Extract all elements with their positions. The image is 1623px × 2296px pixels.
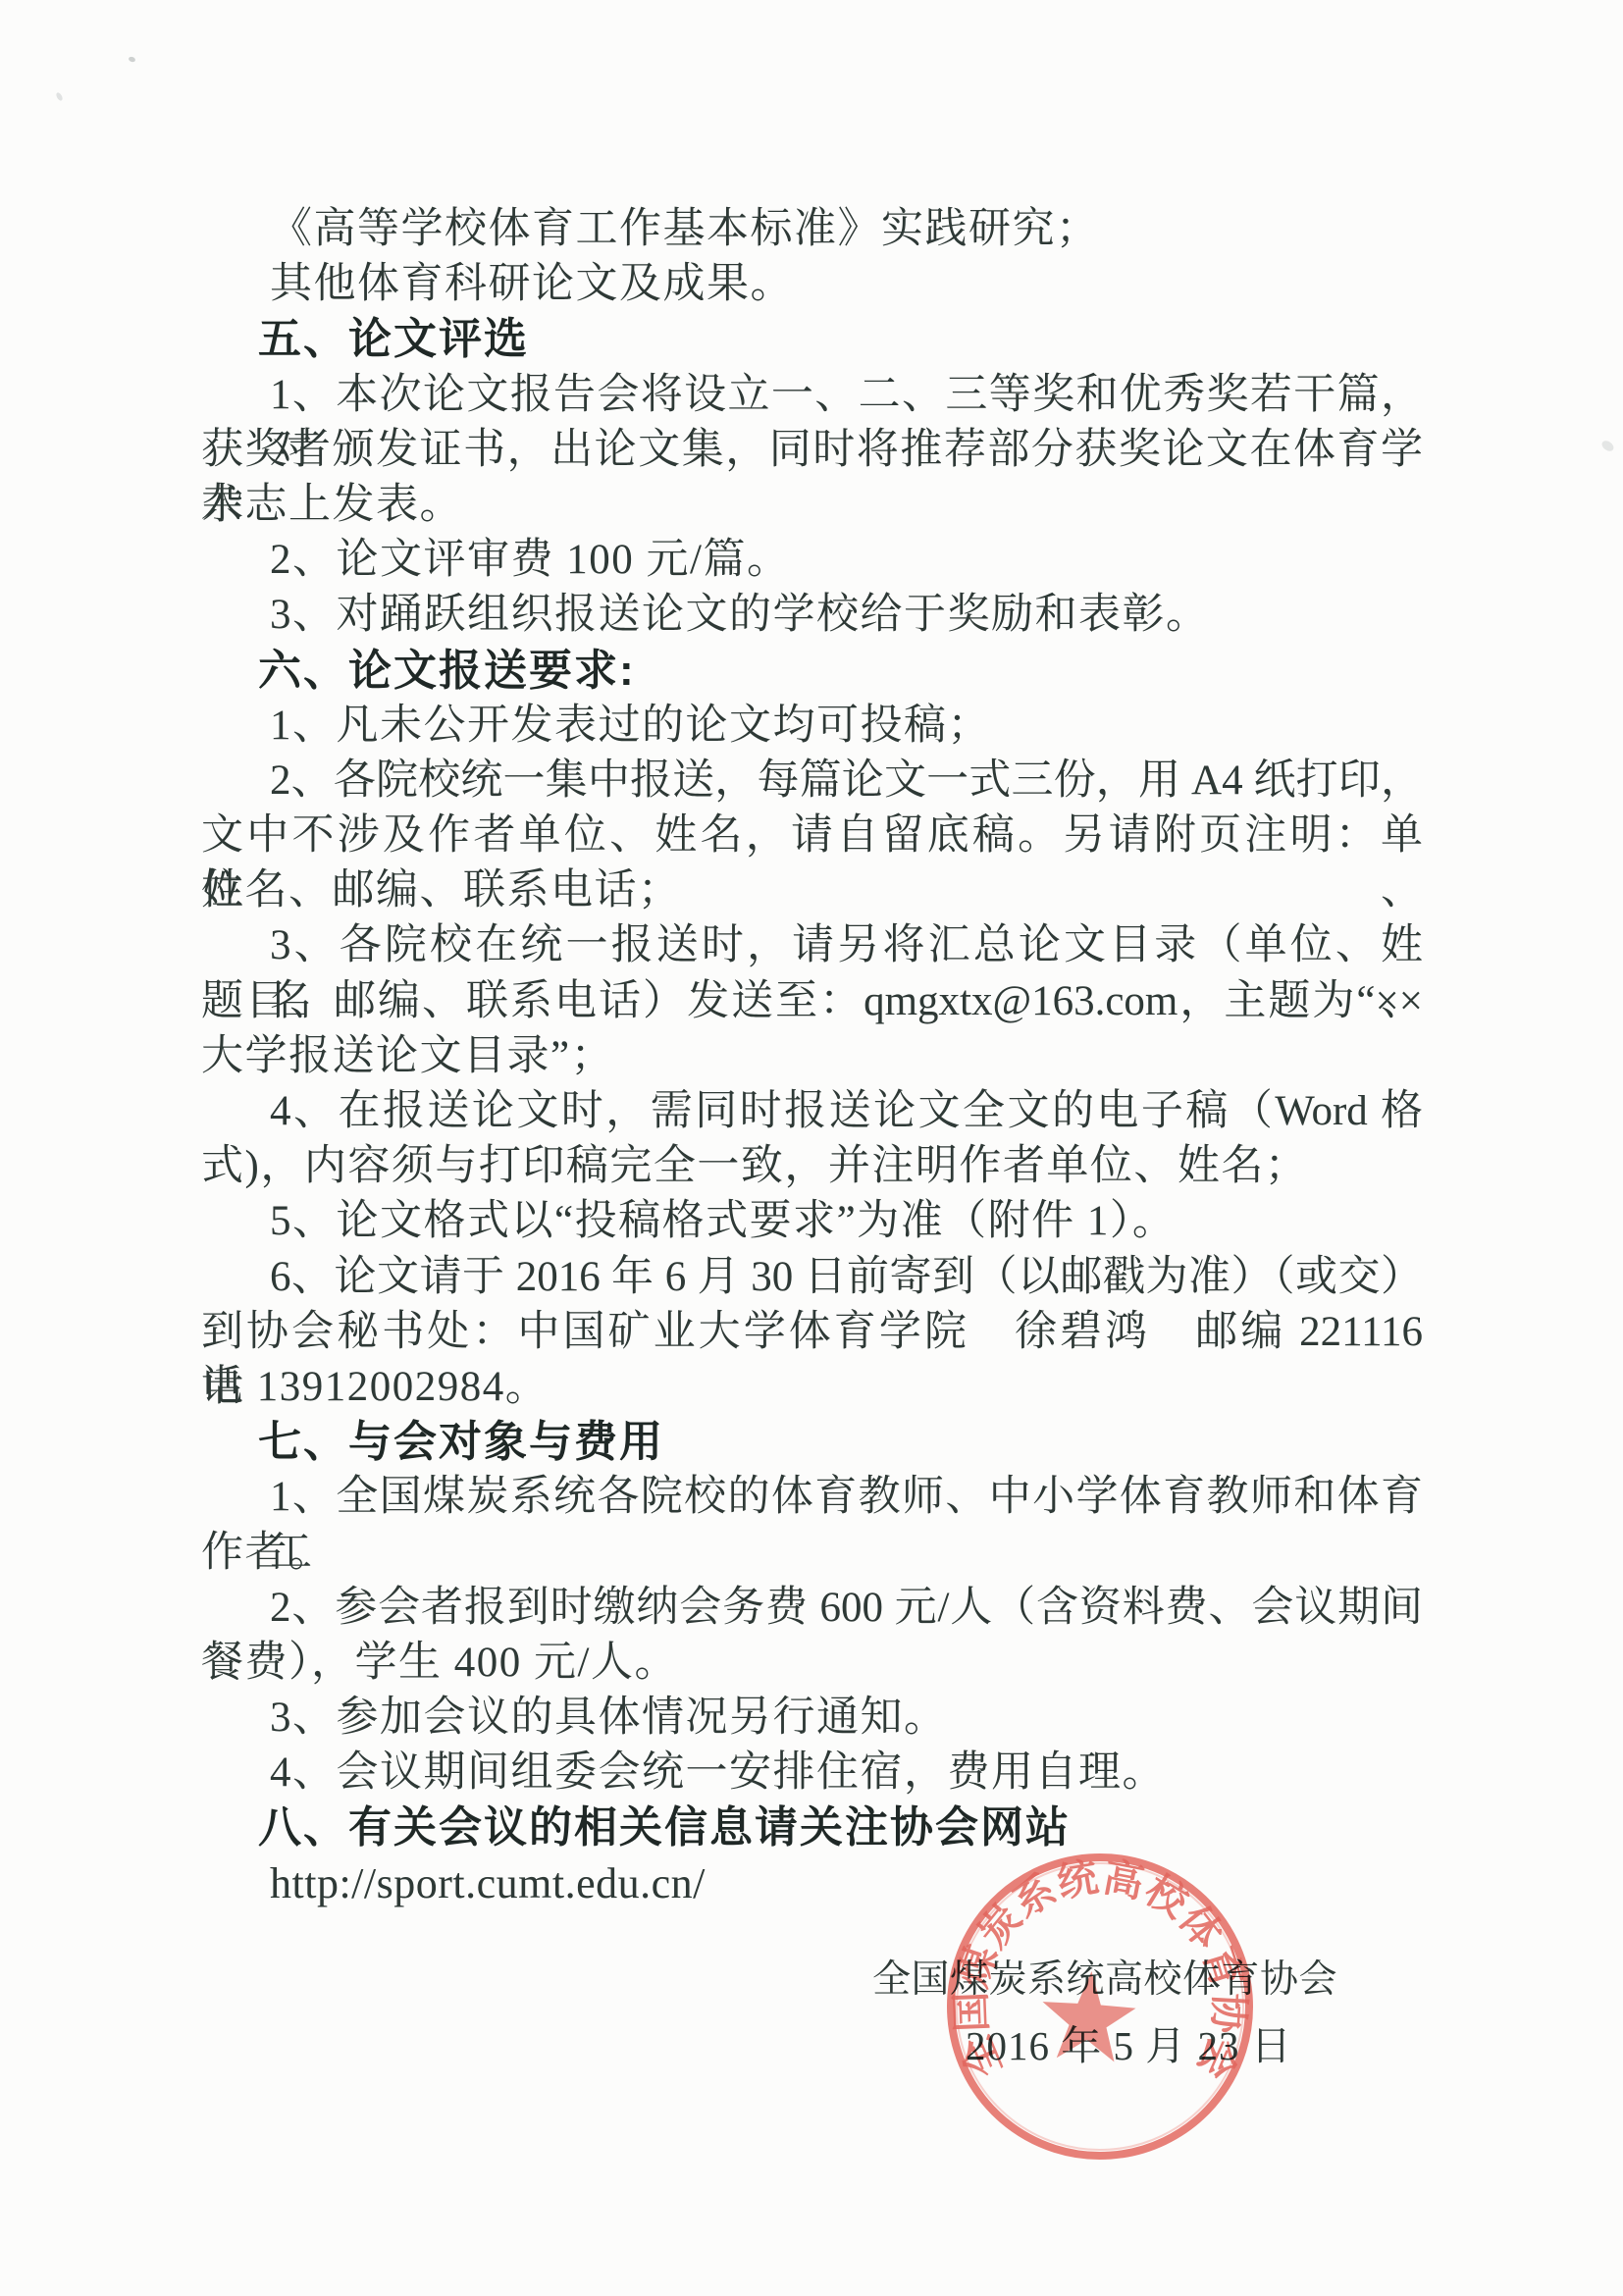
doc-line: 1、本次论文报告会将设立一、二、三等奖和优秀奖若干篇，对 bbox=[201, 368, 1423, 423]
section-heading-7: 七、与会对象与费用 bbox=[201, 1415, 1423, 1470]
section-heading-6: 六、论文报送要求: bbox=[201, 644, 1423, 699]
doc-line: 餐费），学生 400 元/人。 bbox=[201, 1636, 1423, 1691]
doc-line: 2、各院校统一集中报送，每篇论文一式三份，用 A4 纸打印， bbox=[201, 754, 1423, 809]
document-body: 《高等学校体育工作基本标准》实践研究； 其他体育科研论文及成果。 五、论文评选 … bbox=[201, 202, 1423, 1911]
doc-line: 6、论文请于 2016 年 6 月 30 日前寄到（以邮戳为准）（或交） bbox=[201, 1250, 1423, 1305]
doc-line: 大学报送论文目录”； bbox=[201, 1029, 1423, 1084]
seal-arc-text: 全国煤炭系统高校体育协会 bbox=[940, 1845, 1258, 2106]
scanned-document-page: 《高等学校体育工作基本标准》实践研究； 其他体育科研论文及成果。 五、论文评选 … bbox=[0, 0, 1623, 2296]
doc-line: 作者。 bbox=[201, 1526, 1423, 1581]
doc-line: 获奖者颁发证书，出论文集，同时将推荐部分获奖论文在体育学术 bbox=[201, 423, 1423, 478]
official-seal-stamp: 全国煤炭系统高校体育协会 bbox=[940, 1845, 1270, 2176]
doc-line: 3、对踊跃组织报送论文的学校给于奖励和表彰。 bbox=[201, 588, 1423, 643]
doc-line: 5、论文格式以“投稿格式要求”为准（附件 1）。 bbox=[201, 1194, 1423, 1249]
doc-line: 《高等学校体育工作基本标准》实践研究； bbox=[201, 202, 1423, 257]
seal-group: 全国煤炭系统高校体育协会 bbox=[940, 1845, 1263, 2166]
doc-line: 杂志上发表。 bbox=[201, 478, 1423, 533]
doc-line: 2、参会者报到时缴纳会务费 600 元/人（含资料费、会议期间 bbox=[201, 1581, 1423, 1636]
doc-line: 式)，内容须与打印稿完全一致，并注明作者单位、姓名； bbox=[201, 1139, 1423, 1194]
doc-line: 3、各院校在统一报送时，请另将汇总论文目录（单位、姓名、 bbox=[201, 918, 1423, 973]
scan-speck bbox=[1600, 439, 1616, 453]
doc-line: 3、参加会议的具体情况另行通知。 bbox=[201, 1691, 1423, 1746]
doc-line: 1、凡未公开发表过的论文均可投稿； bbox=[201, 699, 1423, 754]
scan-speck bbox=[128, 56, 135, 63]
doc-line: 4、会议期间组委会统一安排住宿，费用自理。 bbox=[201, 1746, 1423, 1800]
doc-line: 2、论文评审费 100 元/篇。 bbox=[201, 533, 1423, 588]
doc-line: 1、全国煤炭系统各院校的体育教师、中小学体育教师和体育工 bbox=[201, 1470, 1423, 1525]
star-icon bbox=[1039, 1968, 1138, 2063]
doc-line: 到协会秘书处：中国矿业大学体育学院 徐碧鸿 邮编 221116 电 bbox=[201, 1305, 1423, 1360]
doc-line: 话 13912002984。 bbox=[201, 1360, 1423, 1415]
doc-line: 其他体育科研论文及成果。 bbox=[201, 257, 1423, 312]
doc-line: 4、在报送论文时，需同时报送论文全文的电子稿（Word 格 bbox=[201, 1084, 1423, 1139]
section-heading-5: 五、论文评选 bbox=[201, 312, 1423, 367]
doc-line: 文中不涉及作者单位、姓名，请自留底稿。另请附页注明：单位、 bbox=[201, 809, 1423, 863]
scan-speck bbox=[55, 91, 64, 101]
doc-line: 题目、邮编、联系电话）发送至：qmgxtx@163.com，主题为“×× bbox=[201, 974, 1423, 1029]
